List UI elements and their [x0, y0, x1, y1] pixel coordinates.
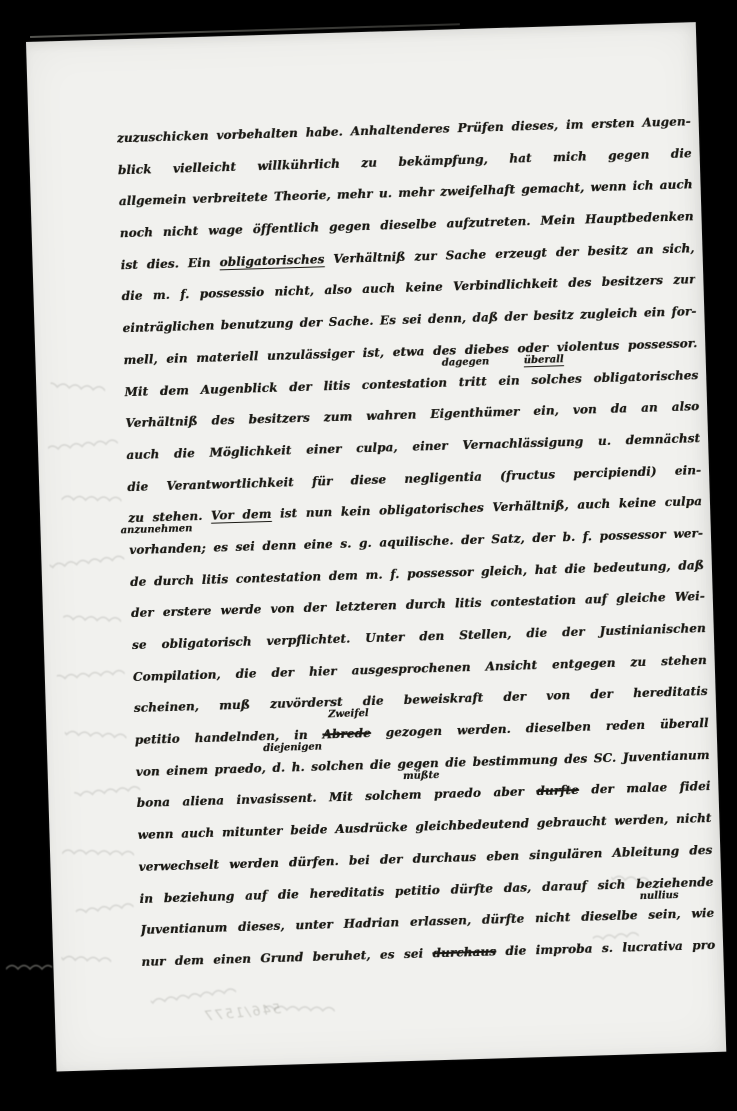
scanner-background: zuzuschicken vorbehalten habe. Anhaltend…: [0, 0, 737, 1111]
bleedthrough-mark: [49, 551, 125, 574]
interlinear-insertion: müßte: [403, 771, 440, 782]
interlinear-insertion: nullius: [639, 891, 678, 902]
bleedthrough-mark: [63, 611, 122, 627]
interlinear-insertion: dagegen: [442, 357, 490, 368]
bleedthrough-mark: [150, 984, 237, 1009]
interlinear-insertion: überall: [524, 355, 564, 366]
underlined-word: obligatorisches: [219, 252, 324, 269]
interlinear-insertion: diejenigen: [263, 743, 322, 755]
bleedthrough-mark: [56, 666, 125, 686]
struck-word: durfte: [536, 783, 579, 798]
handwriting-text-block: zuzuschicken vorbehalten habe. Anhaltend…: [116, 106, 715, 978]
bleedthrough-mark: [61, 952, 112, 968]
bleedthrough-mark: [75, 899, 134, 920]
bleedthrough-mark: [265, 1002, 335, 1018]
struck-word: Abrede: [322, 726, 371, 741]
underlined-word: Vor dem: [211, 507, 272, 523]
bleedthrough-mark: [50, 379, 106, 397]
bleedthrough-mark: [62, 845, 134, 861]
bleedthrough-mark: [611, 871, 650, 887]
bleedthrough-mark: [64, 726, 127, 744]
bleedthrough-mark: [74, 782, 141, 802]
bleedthrough-mark-outside-page: [6, 960, 52, 979]
manuscript-page: zuzuschicken vorbehalten habe. Anhaltend…: [26, 22, 726, 1071]
bleedthrough-mark: [61, 492, 121, 507]
struck-word: durchaus: [432, 944, 496, 960]
interlinear-insertion: Zweifel: [328, 709, 369, 720]
bleedthrough-mark: [47, 435, 118, 456]
interlinear-insertion: anzunehmen: [120, 524, 192, 536]
